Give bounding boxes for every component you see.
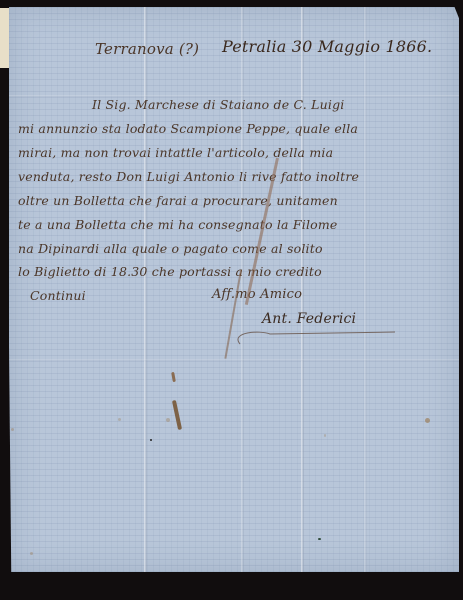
paper-stain	[324, 434, 326, 437]
body-line: Continui	[30, 288, 86, 303]
paper-stain	[118, 418, 121, 421]
paper-stain	[166, 418, 170, 422]
body-line: te a una Bolletta che mi ha consegnato l…	[18, 217, 338, 232]
body-line: oltre un Bolletta che farai a procurare,…	[18, 193, 338, 208]
body-line: na Dipinardi alla quale o pagato come al…	[18, 241, 323, 256]
body-line: mi annunzio sta lodato Scampione Peppe, …	[18, 121, 358, 136]
paper-stain	[11, 428, 14, 431]
horizontal-fold-line	[9, 359, 459, 361]
letter-date: Petralia 30 Maggio 1866.	[222, 37, 432, 56]
body-line: mirai, ma non trovai intattle l'articolo…	[18, 145, 333, 160]
body-line: lo Biglietto di 18.30 che portassi a mio…	[18, 264, 322, 279]
letter-closing: Aff.mo Amico	[212, 287, 302, 302]
vertical-fold-line	[144, 7, 147, 572]
body-line: venduta, resto Don Luigi Antonio li rive…	[18, 169, 359, 184]
document-scan: Terranova (?) Petralia 30 Maggio 1866. I…	[0, 0, 463, 600]
paper-speck	[150, 439, 152, 441]
paper-speck	[318, 538, 321, 540]
body-line: Il Sig. Marchese di Staiano de C. Luigi	[92, 97, 344, 112]
backing-paper-edge	[0, 8, 9, 68]
vertical-fold-line	[364, 7, 367, 572]
letter-place: Terranova (?)	[95, 40, 199, 58]
paper-stain	[425, 418, 430, 423]
paper-stain	[30, 552, 33, 555]
